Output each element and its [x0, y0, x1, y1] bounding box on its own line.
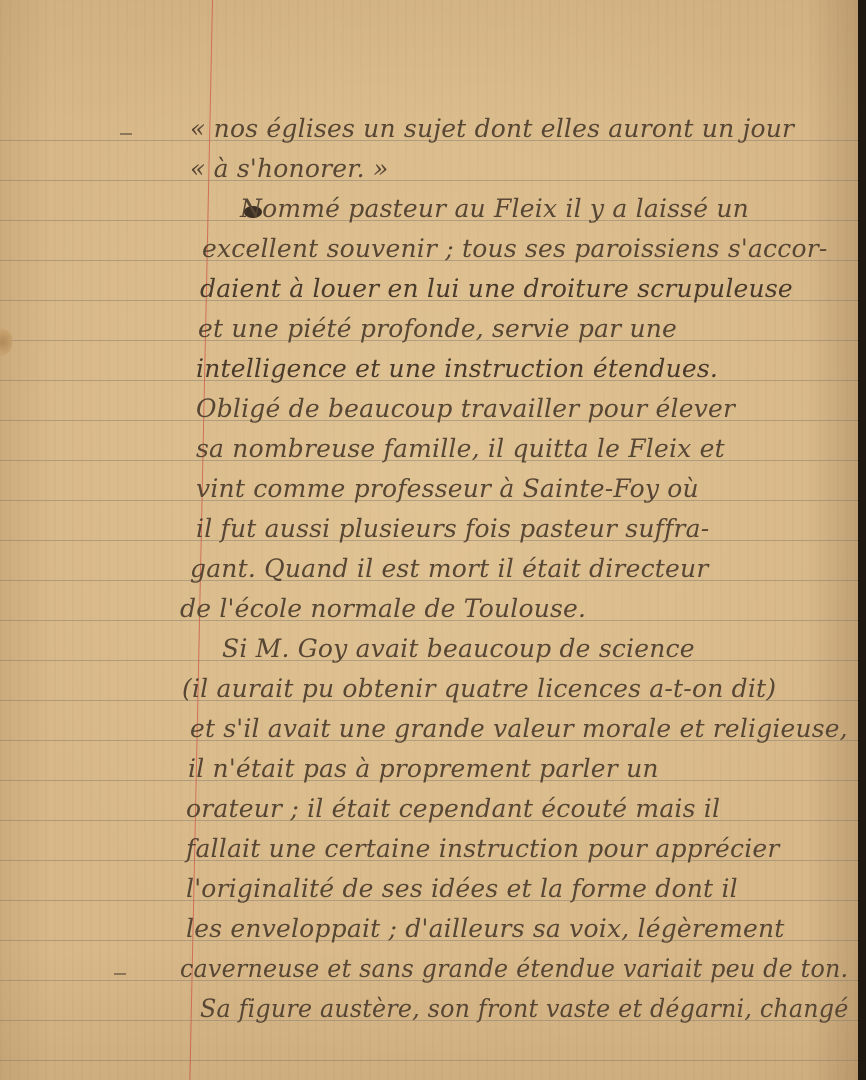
text-line-18: orateur ; il était cependant écouté mais… [186, 794, 720, 824]
text-line-17: il n'était pas à proprement parler un [188, 754, 659, 784]
page-edge-shadow [858, 0, 866, 1080]
text-line-8: Obligé de beaucoup travailler pour éleve… [196, 394, 735, 424]
text-line-2: « à s'honorer. » [190, 154, 388, 184]
rule-line [0, 1060, 858, 1061]
margin-mark [114, 973, 126, 975]
text-line-4: excellent souvenir ; tous ses paroissien… [202, 234, 828, 264]
text-line-22: caverneuse et sans grande étendue variai… [180, 954, 848, 984]
text-line-13: de l'école normale de Toulouse. [180, 594, 586, 624]
manuscript-page: « nos églises un sujet dont elles auront… [0, 0, 858, 1080]
binding-hole [0, 328, 12, 356]
text-line-5: daient à louer en lui une droiture scrup… [200, 274, 793, 304]
rule-line [0, 180, 858, 181]
margin-mark [120, 133, 132, 135]
text-line-6: et une piété profonde, servie par une [198, 314, 677, 344]
text-line-12: gant. Quand il est mort il était directe… [190, 554, 708, 584]
text-line-14: Si M. Goy avait beaucoup de science [222, 634, 695, 664]
text-line-1: « nos églises un sujet dont elles auront… [190, 114, 794, 144]
text-line-7: intelligence et une instruction étendues… [196, 354, 718, 384]
text-line-19: fallait une certaine instruction pour ap… [186, 834, 780, 864]
text-line-11: il fut aussi plusieurs fois pasteur suff… [196, 514, 709, 544]
text-line-16: et s'il avait une grande valeur morale e… [190, 714, 848, 744]
text-line-9: sa nombreuse famille, il quitta le Fleix… [196, 434, 725, 464]
text-line-15: (il aurait pu obtenir quatre licences a-… [182, 674, 776, 704]
text-line-23: Sa figure austère, son front vaste et dé… [200, 994, 849, 1024]
text-line-20: l'originalité de ses idées et la forme d… [186, 874, 738, 904]
text-line-10: vint comme professeur à Sainte-Foy où [196, 474, 699, 504]
text-line-21: les enveloppait ; d'ailleurs sa voix, lé… [186, 914, 785, 944]
text-line-3: Nommé pasteur au Fleix il y a laissé un [240, 194, 749, 224]
